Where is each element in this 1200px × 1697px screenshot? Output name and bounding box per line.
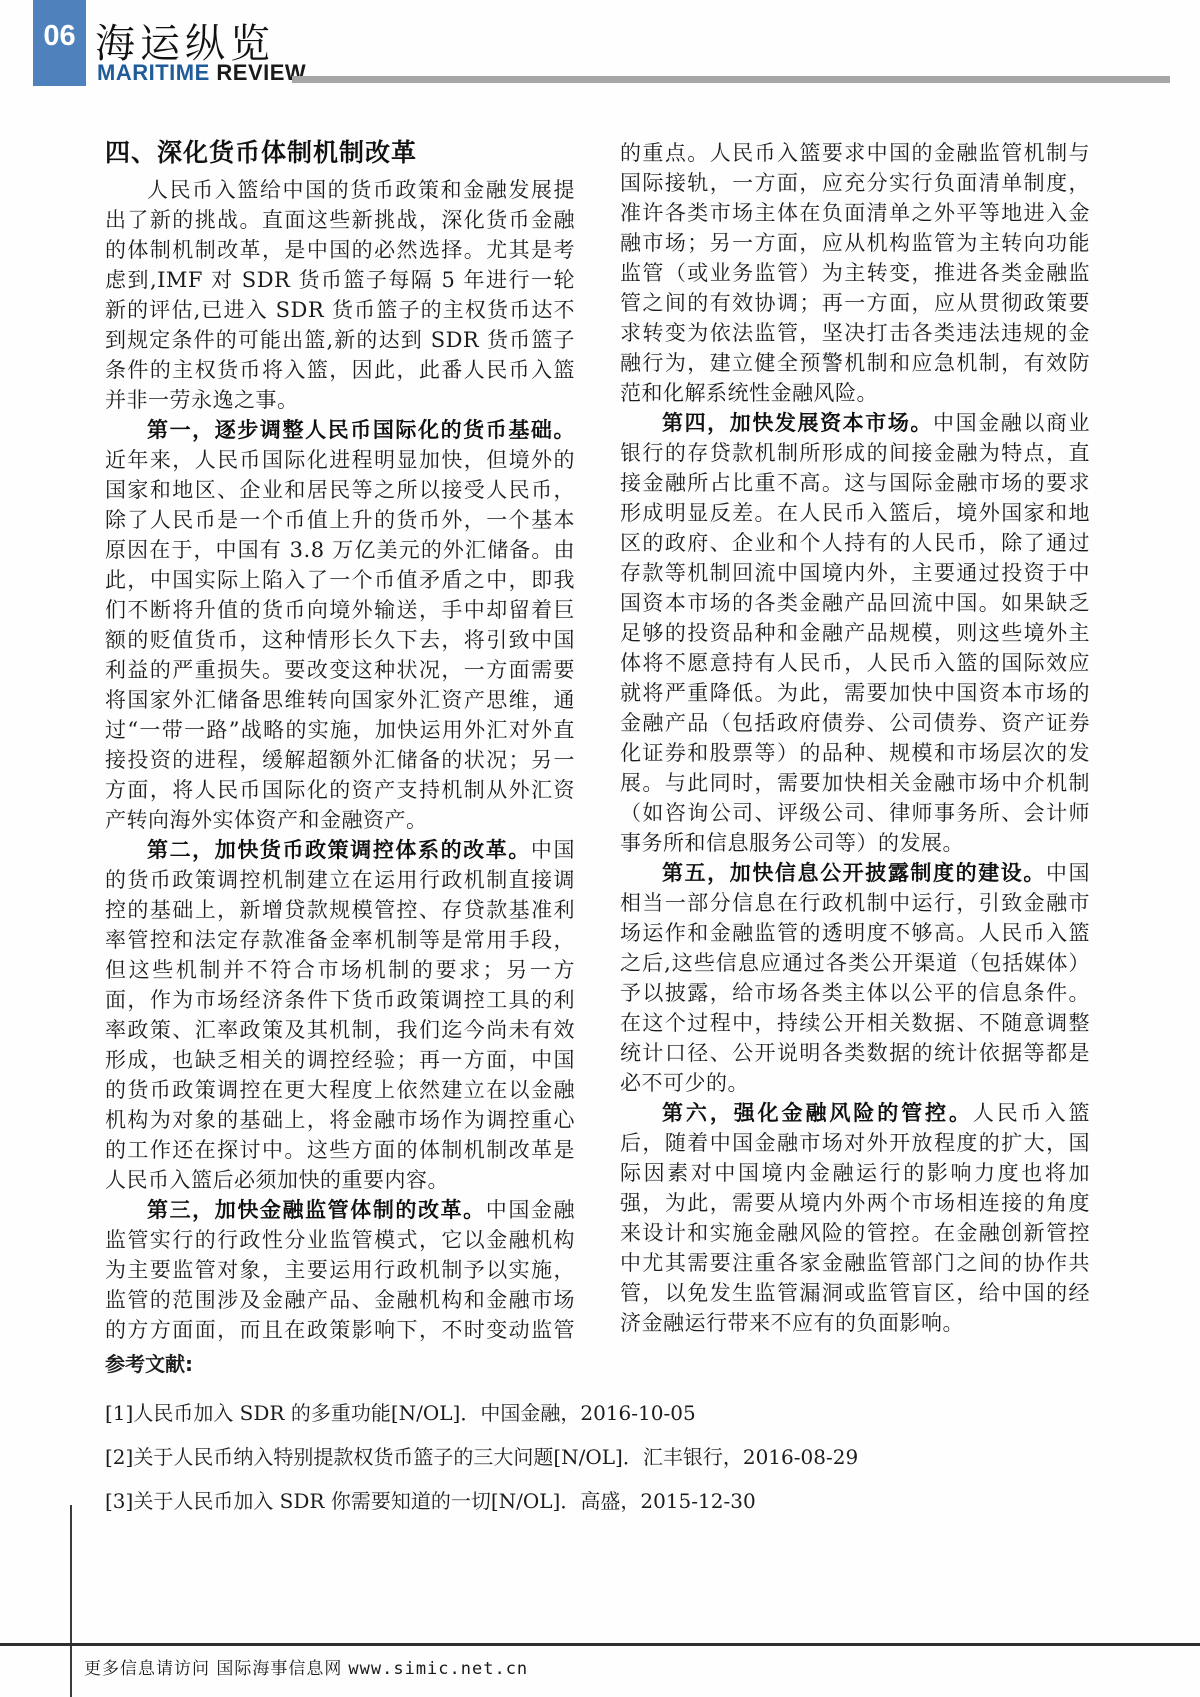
paragraph-sixth: 第六，强化金融风险的管控。人民币入篮后，随着中国金融市场对外开放程度的扩大，国际… <box>620 1098 1090 1338</box>
page-number-badge: 06 <box>33 0 86 86</box>
page-footer: 更多信息请访问 国际海事信息网www.simic.net.cn <box>84 1654 528 1679</box>
paragraph-lead: 第六，强化金融风险的管控。 <box>662 1101 973 1125</box>
footer-vertical-rule <box>70 1505 72 1697</box>
paragraph-text: 人民币入篮后，随着中国金融市场对外开放程度的扩大，国际因素对中国境内金融运行的影… <box>620 1101 1090 1335</box>
paragraph-lead: 第二，加快货币政策调控体系的改革。 <box>147 838 531 862</box>
paragraph-text: 中国金融以商业银行的存贷款机制所形成的间接金融为特点，直接金融所占比重不高。这与… <box>620 411 1090 855</box>
footer-url: www.simic.net.cn <box>348 1659 528 1679</box>
attribution: （SIMIC 张运鸿整理） <box>1135 138 1200 168</box>
footer-horizontal-rule <box>0 1643 1200 1646</box>
header-rule <box>292 76 1170 83</box>
paragraph-text: 中国的货币政策调控机制建立在运用行政机制直接调控的基础上，新增贷款规模管控、存贷… <box>105 838 575 1192</box>
references-heading: 参考文献: <box>105 1348 1025 1377</box>
article-heading: 四、深化货币体制机制改革 <box>105 138 575 168</box>
magazine-page: 06 海运纵览 MARITIME REVIEW 四、深化货币体制机制改革 人民币… <box>0 0 1200 1697</box>
footer-text: 更多信息请访问 国际海事信息网 <box>84 1659 342 1679</box>
paragraph-lead: 第五，加快信息公开披露制度的建设。 <box>662 861 1046 885</box>
paragraph-lead: 第三，加快金融监管体制的改革。 <box>147 1198 486 1222</box>
page-number: 06 <box>43 20 75 53</box>
section-title-maritime: MARITIME <box>97 60 210 85</box>
paragraph-text: 中国相当一部分信息在行政机制中运行，引致金融市场运作和金融监管的透明度不够高。人… <box>620 861 1090 1095</box>
paragraph-text: 人民币入篮给中国的货币政策和金融发展提出了新的挑战。直面这些新挑战，深化货币金融… <box>105 178 575 412</box>
reference-item-2: [2]关于人民币纳入特别提款权货币篮子的三大问题[N/OL]．汇丰银行，2016… <box>105 1435 1025 1479</box>
paragraph-lead: 第四，加快发展资本市场。 <box>662 411 933 435</box>
paragraph-fourth: 第四，加快发展资本市场。中国金融以商业银行的存贷款机制所形成的间接金融为特点，直… <box>620 408 1090 858</box>
paragraph-intro: 人民币入篮给中国的货币政策和金融发展提出了新的挑战。直面这些新挑战，深化货币金融… <box>105 175 575 415</box>
reference-item-3: [3]关于人民币加入 SDR 你需要知道的一切[N/OL]．高盛，2015-12… <box>105 1479 1025 1523</box>
paragraph-fifth: 第五，加快信息公开披露制度的建设。中国相当一部分信息在行政机制中运行，引致金融市… <box>620 858 1090 1098</box>
article-body: 四、深化货币体制机制改革 人民币入篮给中国的货币政策和金融发展提出了新的挑战。直… <box>105 138 1090 1350</box>
paragraph-lead: 第一，逐步调整人民币国际化的货币基础。 <box>147 418 575 442</box>
paragraph-text: 近年来，人民币国际化进程明显加快，但境外的国家和地区、企业和居民等之所以接受人民… <box>105 448 575 832</box>
reference-item-1: [1]人民币加入 SDR 的多重功能[N/OL]．中国金融，2016-10-05 <box>105 1391 1025 1435</box>
references-section: 参考文献: [1]人民币加入 SDR 的多重功能[N/OL]．中国金融，2016… <box>105 1348 1025 1523</box>
section-title-english: MARITIME REVIEW <box>97 60 306 86</box>
paragraph-first: 第一，逐步调整人民币国际化的货币基础。近年来，人民币国际化进程明显加快，但境外的… <box>105 415 575 835</box>
paragraph-second: 第二，加快货币政策调控体系的改革。中国的货币政策调控机制建立在运用行政机制直接调… <box>105 835 575 1195</box>
